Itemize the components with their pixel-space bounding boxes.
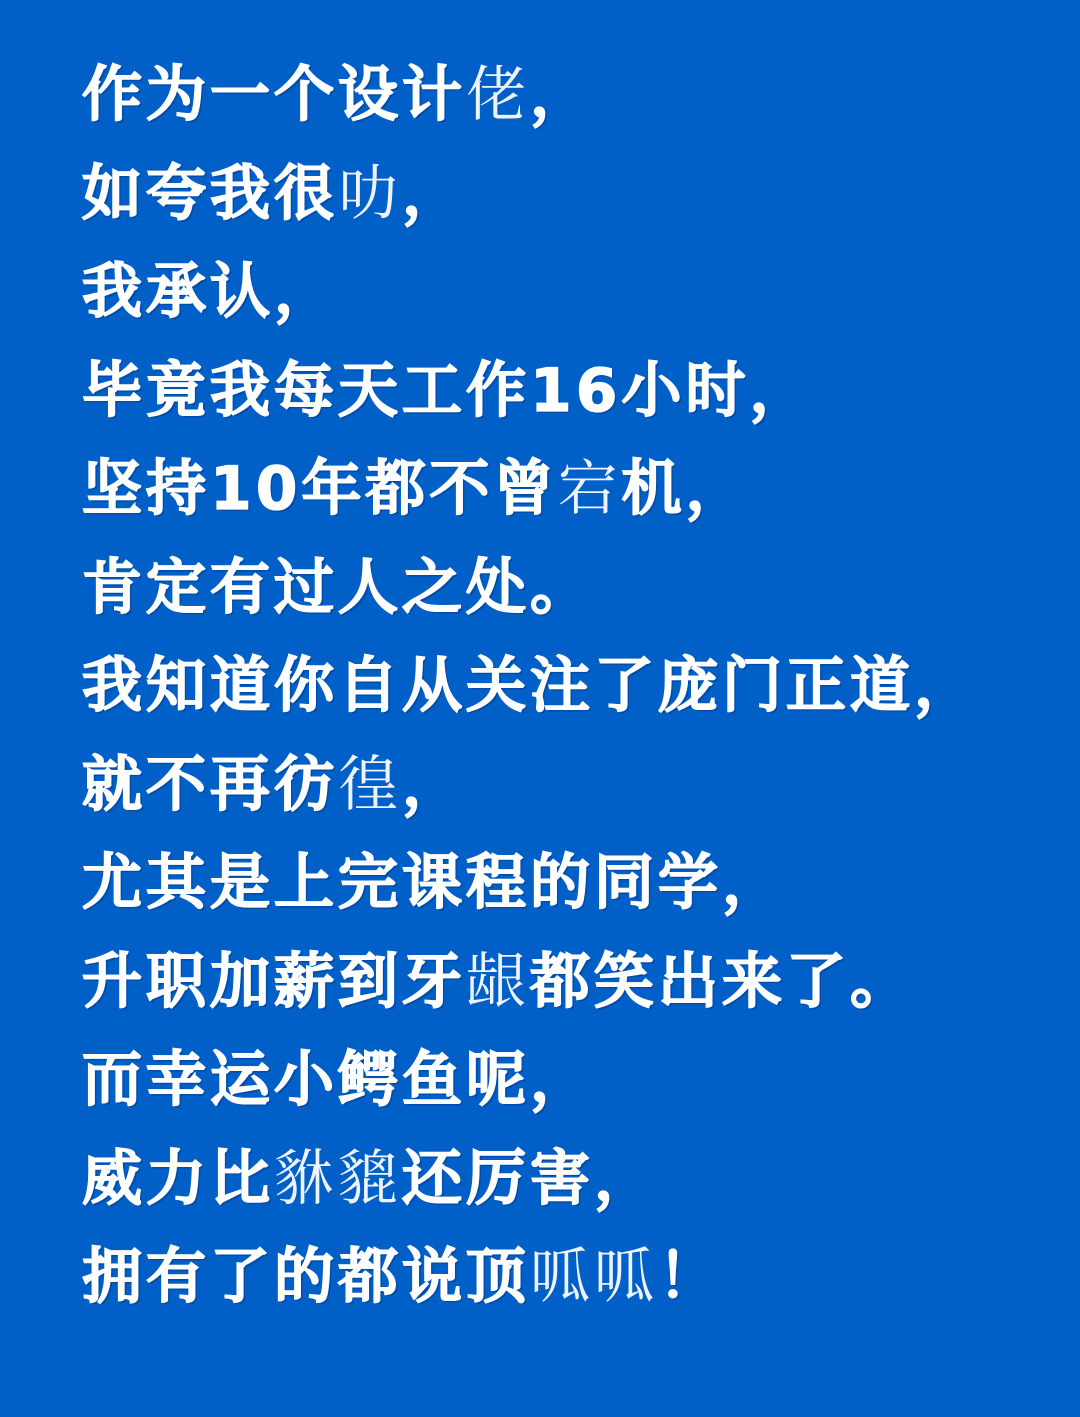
text-line-1: 作为一个设计佬，	[82, 46, 1062, 145]
text-line-13: 拥有了的都说顶呱呱！	[82, 1228, 1062, 1327]
text-segment: 威力比	[82, 1144, 274, 1214]
text-segment: 作为一个设计	[82, 60, 466, 130]
text-segment: 而幸运小鳄鱼呢，	[82, 1045, 594, 1115]
text-segment: 肯定有过人之处。	[82, 553, 594, 623]
text-segment: 还厉害，	[402, 1144, 658, 1214]
text-line-8: 就不再彷徨，	[82, 736, 1062, 835]
text-segment: 我知道你自从关注了庞门正道，	[82, 651, 978, 721]
text-line-3: 我承认，	[82, 243, 1062, 342]
text-segment-light: 龈	[466, 947, 530, 1017]
text-segment-light: 徨	[338, 750, 402, 820]
text-segment-light: 呱呱	[530, 1242, 658, 1312]
text-segment: 尤其是上完课程的同学，	[82, 848, 786, 918]
text-segment: 拥有了的都说顶	[82, 1242, 530, 1312]
page-background: { "background_color": "#0060c8", "text_c…	[0, 0, 1080, 1417]
text-segment: ！	[658, 1242, 722, 1312]
text-segment: ，	[402, 159, 466, 229]
text-segment: ，	[530, 60, 594, 130]
text-segment: 就不再彷	[82, 750, 338, 820]
text-line-9: 尤其是上完课程的同学，	[82, 834, 1062, 933]
text-segment-light: 叻	[338, 159, 402, 229]
text-segment-light: 貅貔	[274, 1144, 402, 1214]
text-line-7: 我知道你自从关注了庞门正道，	[82, 637, 1062, 736]
text-segment: 我承认，	[82, 257, 338, 327]
text-line-10: 升职加薪到牙龈都笑出来了。	[82, 933, 1062, 1032]
poem-text-block: 作为一个设计佬， 如夸我很叻， 我承认， 毕竟我每天工作16小时， 坚持10年都…	[82, 46, 1062, 1327]
text-line-5: 坚持10年都不曾宕机，	[82, 440, 1062, 539]
text-segment-light: 佬	[466, 60, 530, 130]
text-line-11: 而幸运小鳄鱼呢，	[82, 1031, 1062, 1130]
text-segment-light: 宕	[558, 454, 622, 524]
text-segment: 升职加薪到牙	[82, 947, 466, 1017]
text-line-2: 如夸我很叻，	[82, 145, 1062, 244]
text-segment: 毕竟我每天工作16小时，	[82, 356, 814, 426]
text-segment: 都笑出来了。	[530, 947, 914, 1017]
text-segment: ，	[402, 750, 466, 820]
text-segment: 坚持10年都不曾	[82, 454, 558, 524]
text-line-12: 威力比貅貔还厉害，	[82, 1130, 1062, 1229]
text-segment: 如夸我很	[82, 159, 338, 229]
text-line-4: 毕竟我每天工作16小时，	[82, 342, 1062, 441]
text-segment: 机，	[622, 454, 750, 524]
text-line-6: 肯定有过人之处。	[82, 539, 1062, 638]
